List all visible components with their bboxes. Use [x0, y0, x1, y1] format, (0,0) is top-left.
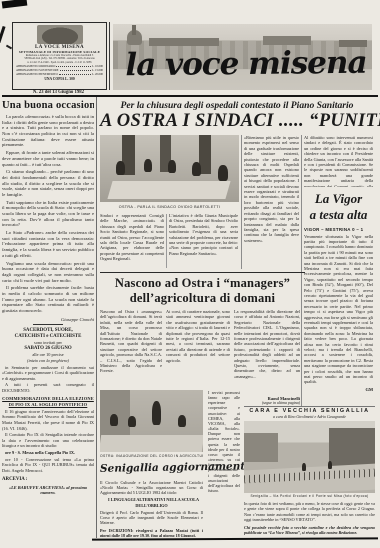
enrollment-note: Per ISCRIZIONI: rivolgersi a Palazzo Mas…	[100, 528, 203, 538]
headline-line: dell’agricoltura di domani	[100, 291, 305, 306]
aggiornamento-title: Senigallia aggiornamento	[100, 461, 203, 475]
subscription-label: ABBONAMENTO BENEMERITO	[16, 72, 58, 76]
paragraph: Lo Stato «Padrone» anche della coscienza…	[2, 230, 94, 258]
aggiornamento-body: Il Circolo Culturale e la Associazione M…	[100, 480, 203, 537]
photo-shape	[144, 159, 152, 172]
clergy-notice: SACERDOTI, SUORE, CATECHISTI e CATECHIST…	[2, 328, 94, 496]
lead-column-a: Sindaci e rappresentanti Consigli delle …	[100, 213, 164, 269]
vecchia-note: Chi possiede vecchie foto o vecchie cart…	[244, 525, 375, 538]
lead-column-b: L’iniziativa è della Giunta Municipale d…	[169, 213, 238, 269]
newspaper-page: { "page": {"paper_color": "#ece9e2", "in…	[0, 0, 380, 548]
paragraph: Eppure, di fronte a tante solenni afferm…	[2, 150, 94, 167]
lead-photo-caption: OSTRA - PARLA IL SINDACO OVIDIO BARTOLET…	[100, 205, 239, 209]
feature-title: CARA E VECCHIA SENIGALLIA	[244, 408, 375, 414]
corso-photo-caption: OSTRA: INAUGURAZIONE DEL CORSO IN AGRICO…	[100, 454, 203, 458]
vigor-title-line2: a testa alta	[304, 207, 373, 223]
column-rule	[166, 214, 167, 268]
paragraph: Vogliamo una scuola democratica: perciò …	[2, 261, 94, 284]
right-sidebar: Al dibattito sono intervenuti numerosi s…	[304, 135, 373, 407]
paragraph: Ci stiamo sbagliando... perché parliamo …	[2, 169, 94, 197]
photo-shape	[132, 25, 136, 35]
photo-shape	[218, 165, 228, 181]
photo-shape	[116, 161, 125, 175]
masthead-rule	[2, 95, 378, 97]
arcevia-note: «LE BARUFFE ARCEVIESI» al prossimo numer…	[2, 485, 94, 496]
arcevia-heading: ARCEVIA :	[2, 477, 94, 483]
column-rule	[301, 135, 302, 406]
course-title: I LINGUAGGI ALTERNATIVI NELLA SCUOLA DEL…	[100, 497, 203, 508]
lead-photo	[100, 135, 239, 202]
vigor-title-line1: La Vigor	[304, 191, 373, 207]
paragraph: Tutti sappiamo che in Italia esiste prat…	[2, 200, 94, 228]
section-rule	[244, 406, 375, 407]
managers-col-3-text: La responsabilità della direzione del co…	[234, 309, 300, 395]
section-rule	[33, 324, 63, 325]
column-rule	[96, 97, 97, 538]
bottom-rule	[92, 537, 378, 540]
masthead-divider	[109, 22, 110, 90]
lead-column-c: «Riteniamo più utile in questo momento e…	[244, 135, 299, 269]
column-rule	[241, 135, 242, 269]
managers-col-3: La responsabilità della direzione del co…	[234, 309, 300, 407]
lead-headline: A OSTRA I SINDACI ..... “PUNITI”	[100, 111, 374, 132]
paragraph: Il Circolo Culturale e la Associazione M…	[100, 480, 203, 495]
copy-price: UNA COPIA L. 300	[13, 77, 106, 81]
photo-shape	[110, 414, 118, 426]
photo-shape	[107, 181, 230, 199]
lead-column-d: Al dibattito sono intervenuti numerosi s…	[304, 135, 373, 187]
photo-shape	[244, 433, 278, 462]
notice-line: ore 10 - Conversazione sul tema «La prim…	[2, 457, 94, 474]
vecchia-body: In questa foto di ieri vediamo, più o me…	[244, 501, 375, 524]
photo-shape	[168, 160, 176, 173]
photo-shape	[329, 428, 375, 468]
managers-col-1: Nascono ad Ostra i «managers» dell’agric…	[100, 309, 162, 387]
vecchia-photo	[244, 421, 375, 493]
vecchia-senigallia-box: CARA E VECCHIA SENIGALLIA a cura di Rino…	[244, 408, 375, 538]
photo-shape	[128, 416, 136, 427]
notice-line: Il 16 giugno ricorre l’anniversario dell…	[2, 409, 94, 431]
notice-line: (inizio con la preghiera)	[2, 358, 94, 364]
photo-shape	[152, 401, 161, 425]
newspaper-title: la voce misena	[123, 45, 369, 84]
scan-artifact	[0, 26, 6, 43]
photo-shape	[302, 463, 306, 471]
notice-line: A tutti i presenti sarà consegnato il DO…	[2, 382, 94, 393]
article-body: La parola «democrazia» è sulla bocca di …	[2, 114, 94, 316]
masthead-banner-photo: la voce misena	[113, 24, 372, 90]
dotted-leader	[59, 74, 91, 75]
section-rule	[100, 272, 305, 273]
article-signature: Giuseppe Cionchi	[2, 317, 94, 322]
photo-shape	[100, 435, 203, 452]
commemoration-heading: COMMEMORAZIONE DELLA ELEZIONE DI PIO IX …	[2, 396, 94, 407]
subscription-price: L. 20.000	[92, 72, 103, 76]
managers-col-2: Ai corsi, di carattere nazionale, sono s…	[166, 309, 230, 387]
scan-artifact	[2, 0, 28, 8]
managers-col-mid: I servizi promossi fanno capo alle esper…	[208, 390, 240, 537]
photo-shape	[263, 36, 311, 45]
corso-photo	[100, 390, 203, 452]
notice-line: in Seminario per analizzare il documento…	[2, 365, 94, 382]
masthead-infobox: LA VOCE MISENA SETTIMANALE DI INFORMAZIO…	[12, 22, 107, 90]
feature-subtitle: a cura di Rino Girolimetti e Adrio Casag…	[244, 415, 375, 419]
lead-kicker: Per la chiusura degli ospedali contestat…	[100, 100, 374, 111]
notice-line: Il Comitato Pio IX di Senigallia intende…	[2, 432, 94, 449]
continued-note: (segue in ultima pagina)	[234, 401, 300, 405]
left-column: Una buona occasione La parola «democrazi…	[2, 100, 94, 546]
match-score: VIGOR – MESTRINA 0 – 1	[304, 227, 373, 232]
vigor-signature: GM	[304, 387, 373, 392]
managers-headline: Nascono ad Ostra i “managers” dell’agric…	[100, 276, 305, 306]
article-title: Una buona occasione	[2, 100, 94, 111]
paragraph: La parola «democrazia» è sulla bocca di …	[2, 114, 94, 148]
headline-line: Nascono ad Ostra i “managers”	[100, 276, 305, 291]
vigor-body: Veramente sfortunata la Vigor nella part…	[304, 234, 373, 386]
photo-shape	[192, 162, 201, 176]
photo-shape	[178, 415, 186, 427]
photo-shape	[328, 461, 332, 469]
subscription-row: ABBONAMENTO BENEMERITO L. 20.000	[16, 72, 103, 76]
paragraph: Dirigerà il Prof. Carlo Pagnoni dell’Uni…	[100, 510, 203, 525]
vecchia-photo-caption: Senigallia – Via Portici Ercolani e il P…	[244, 494, 375, 498]
notice-line: ore 9 - S. Messa nella Cappella Pio IX.	[2, 450, 94, 456]
dotted-leader	[56, 66, 90, 67]
city-etching-image	[37, 25, 83, 44]
paragraph: Il problema sarebbe decisamente facile: …	[2, 285, 94, 313]
photo-shape	[149, 38, 219, 46]
dotted-leader	[60, 70, 91, 71]
